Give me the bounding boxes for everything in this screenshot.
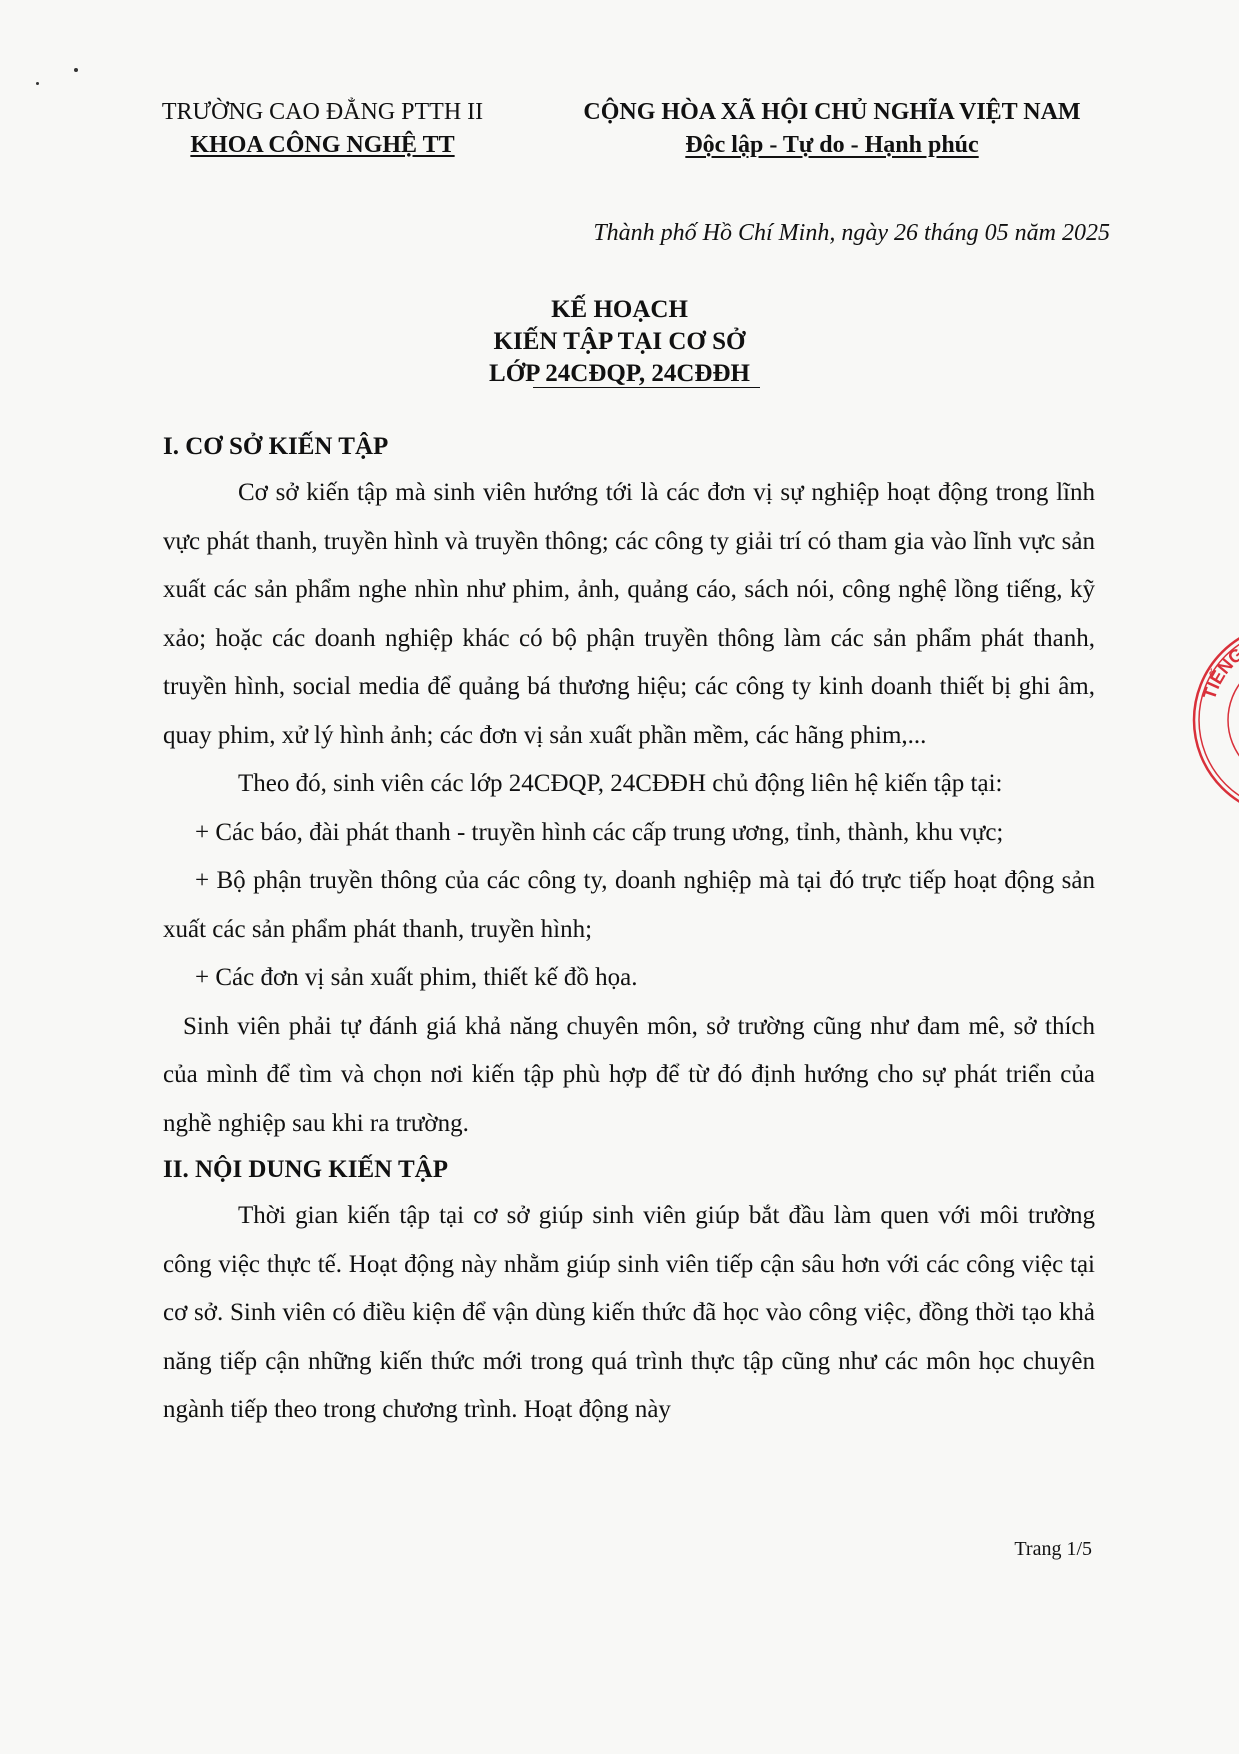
title-line-2: KIẾN TẬP TẠI CƠ SỞ xyxy=(0,326,1239,358)
issuing-organization: TRƯỜNG CAO ĐẲNG PTTH II KHOA CÔNG NGHỆ T… xyxy=(150,96,495,162)
bullet-item: + Các báo, đài phát thanh - truyền hình … xyxy=(163,809,1095,858)
date-line: Thành phố Hồ Chí Minh, ngày 26 tháng 05 … xyxy=(593,220,1110,247)
section-2-paragraph-1: Thời gian kiến tập tại cơ sở giúp sinh v… xyxy=(163,1192,1095,1435)
bullet-item: + Các đơn vị sản xuất phim, thiết kế đồ … xyxy=(163,954,1095,1003)
section-1-closing: Sinh viên phải tự đánh giá khả năng chuy… xyxy=(163,1003,1095,1149)
faculty-name: KHOA CÔNG NGHỆ TT xyxy=(150,129,495,162)
national-motto: Độc lập - Tự do - Hạnh phúc xyxy=(685,132,978,158)
scan-speck xyxy=(74,68,78,72)
section-heading-1: I. CƠ SỞ KIẾN TẬP xyxy=(163,425,1095,469)
document-title: KẾ HOẠCH KIẾN TẬP TẠI CƠ SỞ LỚP 24CĐQP, … xyxy=(0,294,1239,390)
document-body: I. CƠ SỞ KIẾN TẬP Cơ sở kiến tập mà sinh… xyxy=(163,425,1095,1435)
title-line-1: KẾ HOẠCH xyxy=(0,294,1239,326)
national-header: CỘNG HÒA XÃ HỘI CHỦ NGHĨA VIỆT NAM Độc l… xyxy=(562,96,1102,162)
country-name: CỘNG HÒA XÃ HỘI CHỦ NGHĨA VIỆT NAM xyxy=(562,96,1102,129)
scan-speck xyxy=(36,82,39,85)
title-line-3: LỚP 24CĐQP, 24CĐĐH xyxy=(489,358,750,390)
page-number: Trang 1/5 xyxy=(1014,1538,1092,1561)
section-heading-2: II. NỘI DUNG KIẾN TẬP xyxy=(163,1148,1095,1192)
school-name: TRƯỜNG CAO ĐẲNG PTTH II xyxy=(150,96,495,129)
red-seal-stamp-icon: TIẾNG Đ xyxy=(1190,620,1239,820)
section-1-paragraph-2: Theo đó, sinh viên các lớp 24CĐQP, 24CĐĐ… xyxy=(163,760,1095,809)
bullet-item: + Bộ phận truyền thông của các công ty, … xyxy=(163,857,1095,954)
section-1-paragraph-1: Cơ sở kiến tập mà sinh viên hướng tới là… xyxy=(163,469,1095,760)
